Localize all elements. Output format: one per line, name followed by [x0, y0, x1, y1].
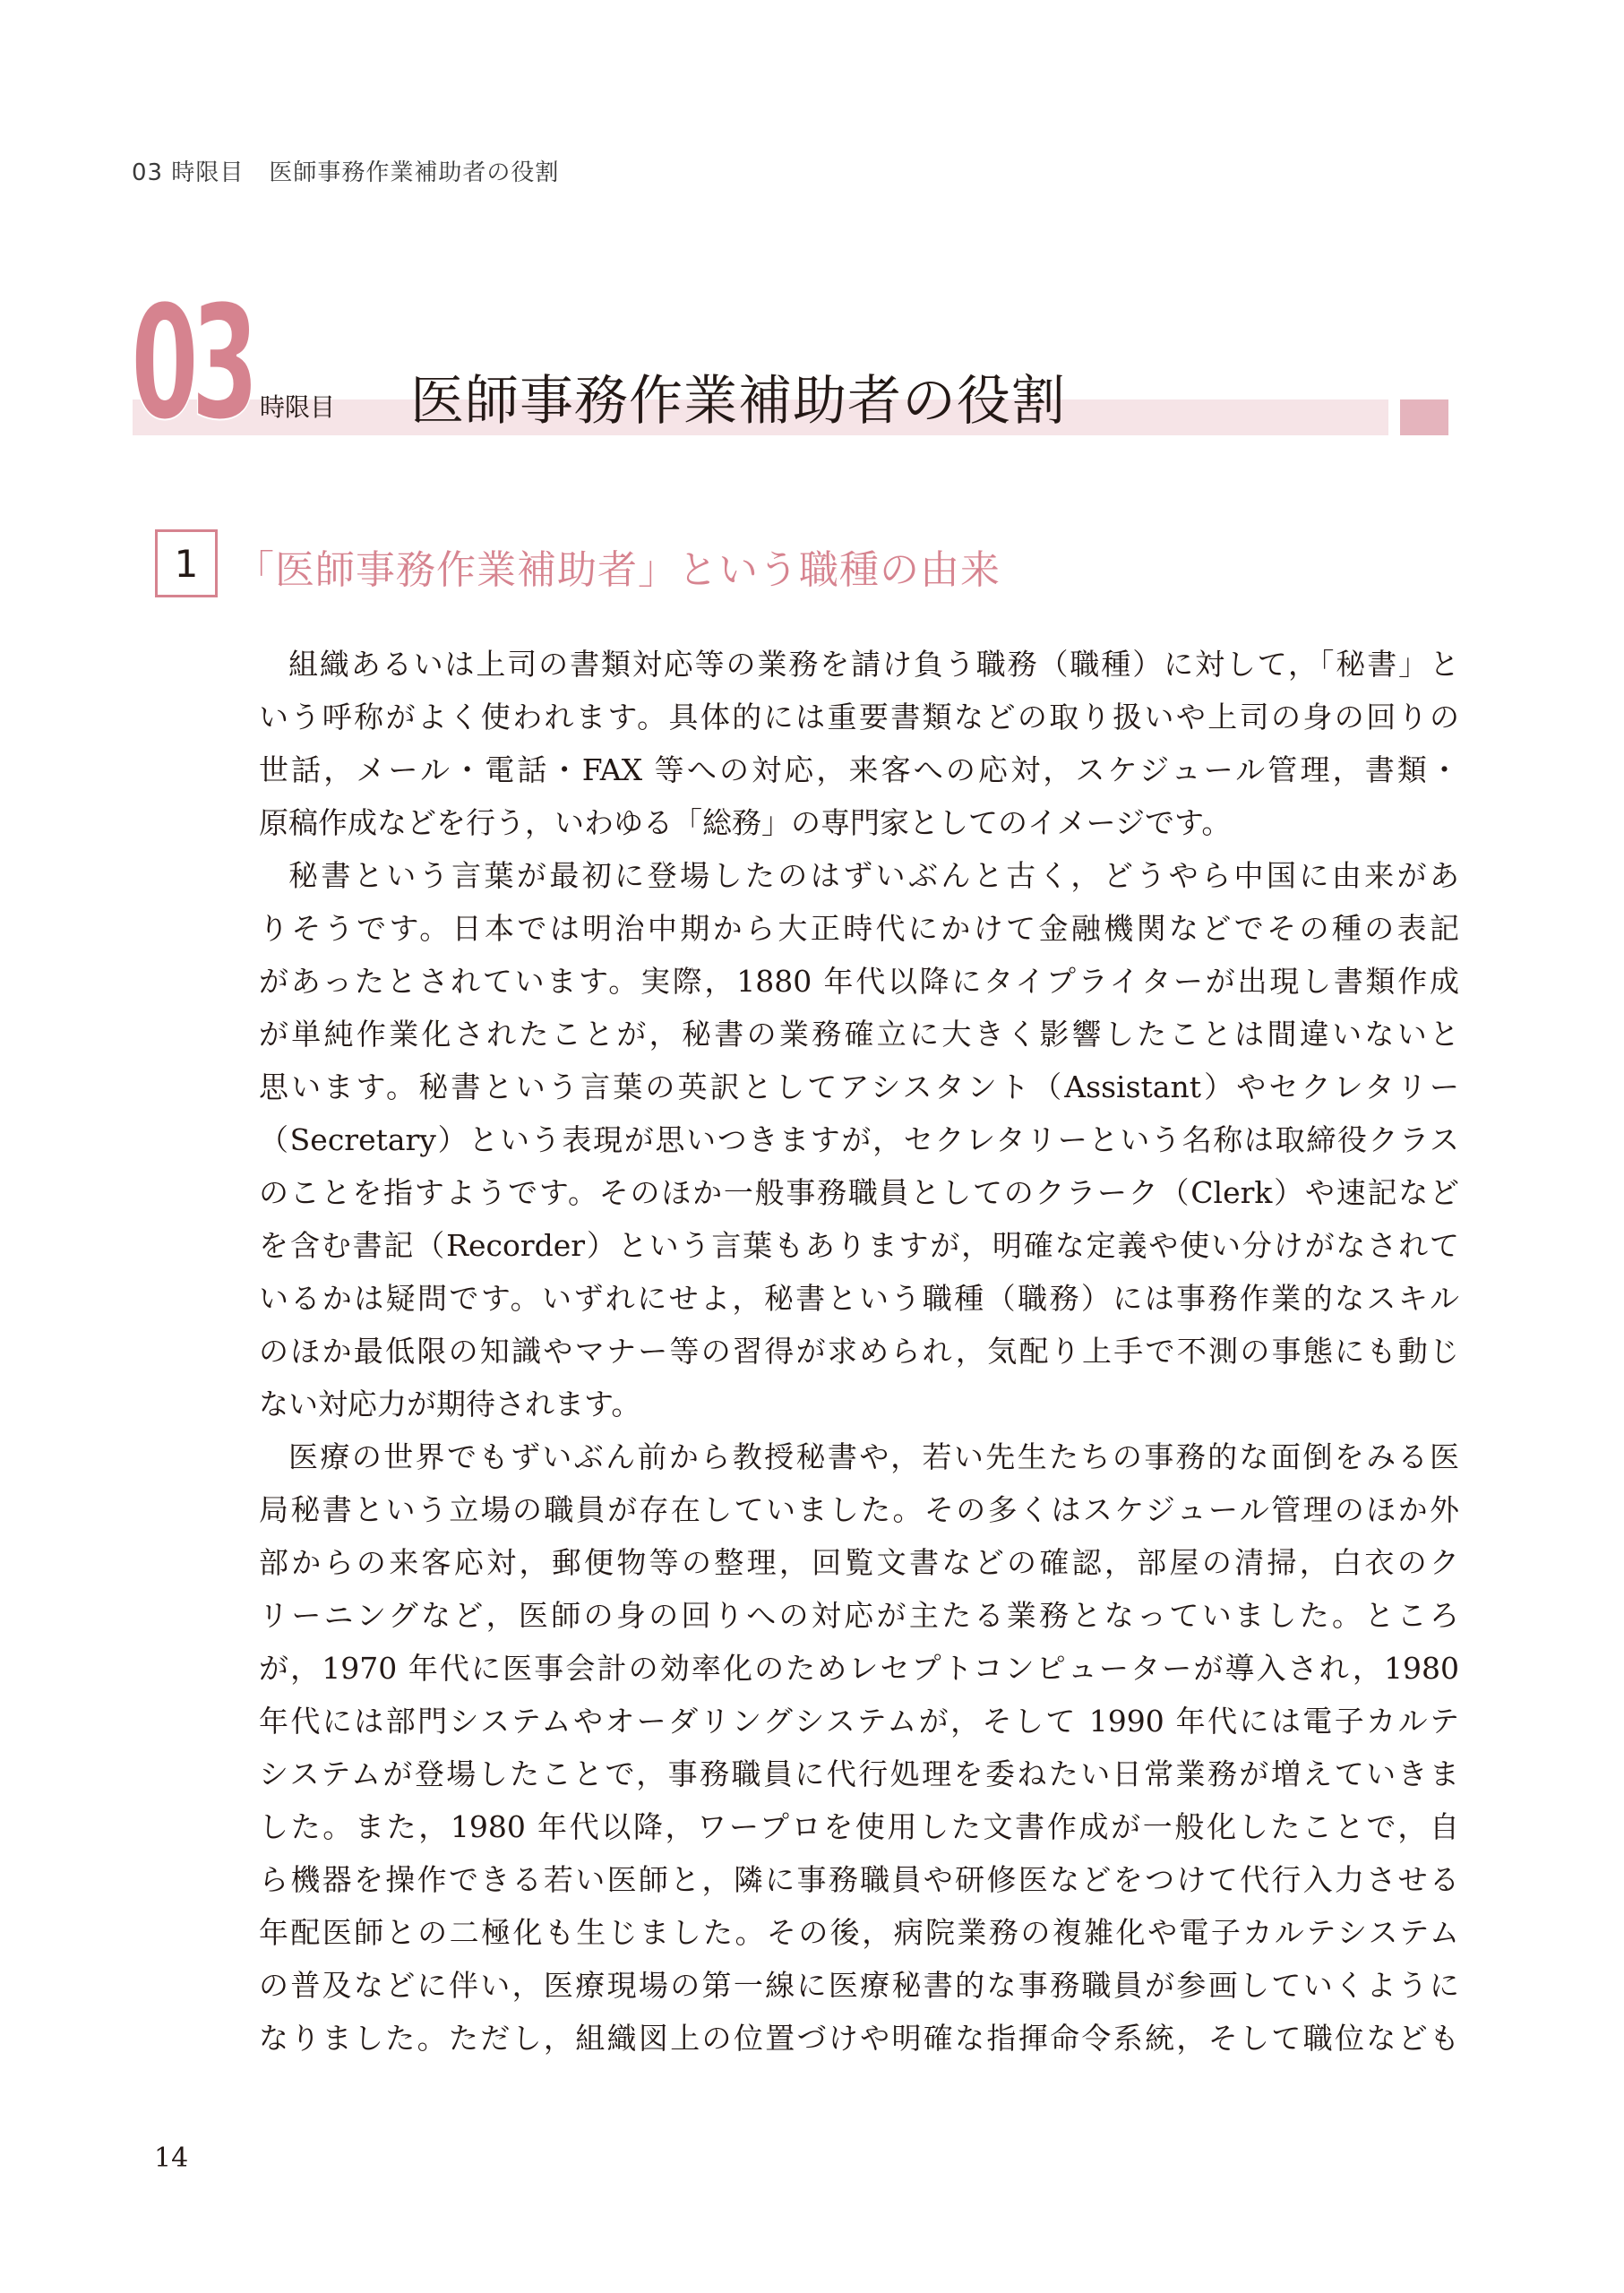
text-line: が，1970 年代に医事会計の効率化のためレセプトコンピューターが導入され，19… [259, 1642, 1459, 1695]
text-line: があったとされています。実際，1880 年代以降にタイプライターが出現し書類作成 [259, 955, 1459, 1008]
text-line: が単純作業化されたことが，秘書の業務確立に大きく影響したことは間違いないと [259, 1008, 1459, 1061]
text-line: 年代には部門システムやオーダリングシステムが，そして 1990 年代には電子カル… [259, 1695, 1459, 1748]
text-line: 年配医師との二極化も生じました。その後，病院業務の複雑化や電子カルテシステム [259, 1906, 1459, 1959]
section-title: 「医師事務作業補助者」という職種の由来 [235, 537, 1001, 595]
text-line: のほか最低限の知識やマナー等の習得が求められ，気配り上手で不測の事態にも動じ [259, 1325, 1459, 1378]
running-header: 03 時限目医師事務作業補助者の役割 [132, 154, 559, 187]
text-line: 思います。秘書という言葉の英訳としてアシスタント（Assistant）やセクレタ… [259, 1061, 1459, 1113]
text-line: りそうです。日本では明治中期から大正時代にかけて金融機関などでその種の表記 [259, 902, 1459, 955]
text-line: （Secretary）という表現が思いつきますが，セクレタリーという名称は取締役… [259, 1113, 1459, 1166]
text-line: いるかは疑問です。いずれにせよ，秘書という職種（職務）には事務作業的なスキル [259, 1272, 1459, 1325]
paragraph-2: 秘書という言葉が最初に登場したのはずいぶんと古く，どうやら中国に由来があ りそう… [259, 849, 1459, 1430]
chapter-heading-accent-square [1400, 399, 1448, 435]
text-line: 局秘書という立場の職員が存在していました。その多くはスケジュール管理のほか外 [259, 1483, 1459, 1536]
text-line: 秘書という言葉が最初に登場したのはずいぶんと古く，どうやら中国に由来があ [259, 849, 1459, 902]
text-line: 世話，メール・電話・FAX 等への対応，来客への応対，スケジュール管理，書類・ [259, 743, 1459, 796]
page-number: 14 [154, 2143, 188, 2174]
text-line: システムが登場したことで，事務職員に代行処理を委ねたい日常業務が増えていきま [259, 1748, 1459, 1800]
paragraph-1: 組織あるいは上司の書類対応等の業務を請け負う職務（職種）に対して，「秘書」と い… [259, 638, 1459, 849]
text-line: 医療の世界でもずいぶん前から教授秘書や，若い先生たちの事務的な面倒をみる医 [259, 1430, 1459, 1483]
text-line: ら機器を操作できる若い医師と，隣に事務職員や研修医などをつけて代行入力させる [259, 1853, 1459, 1906]
text-line: のことを指すようです。そのほか一般事務職員としてのクラーク（Clerk）や速記な… [259, 1166, 1459, 1219]
text-line: リーニングなど，医師の身の回りへの対応が主たる業務となっていました。ところ [259, 1589, 1459, 1642]
body-text: 組織あるいは上司の書類対応等の業務を請け負う職務（職種）に対して，「秘書」と い… [259, 638, 1459, 2065]
paragraph-3: 医療の世界でもずいぶん前から教授秘書や，若い先生たちの事務的な面倒をみる医 局秘… [259, 1430, 1459, 2065]
chapter-number: 03 [131, 285, 251, 442]
text-line: 組織あるいは上司の書類対応等の業務を請け負う職務（職種）に対して，「秘書」と [259, 638, 1459, 691]
running-header-chapter: 03 時限目 [132, 159, 244, 186]
text-line: ない対応力が期待されます。 [259, 1378, 1459, 1430]
text-line: 原稿作成などを行う，いわゆる「総務」の専門家としてのイメージです。 [259, 796, 1459, 849]
text-line: の普及などに伴い，医療現場の第一線に医療秘書的な事務職員が参画していくように [259, 1959, 1459, 2012]
text-line: なりました。ただし，組織図上の位置づけや明確な指揮命令系統，そして職位なども [259, 2012, 1459, 2065]
chapter-title: 医師事務作業補助者の役割 [410, 358, 1066, 435]
running-header-title: 医師事務作業補助者の役割 [269, 159, 559, 186]
text-line: を含む書記（Recorder）という言葉もありますが，明確な定義や使い分けがなさ… [259, 1219, 1459, 1272]
section-number: 1 [175, 542, 199, 586]
section-number-box: 1 [155, 529, 218, 597]
text-line: した。また，1980 年代以降，ワープロを使用した文書作成が一般化したことで，自 [259, 1800, 1459, 1853]
text-line: いう呼称がよく使われます。具体的には重要書類などの取り扱いや上司の身の回りの [259, 691, 1459, 743]
text-line: 部からの来客応対，郵便物等の整理，回覧文書などの確認，部屋の清掃，白衣のク [259, 1536, 1459, 1589]
chapter-unit-label: 時限目 [260, 388, 335, 424]
